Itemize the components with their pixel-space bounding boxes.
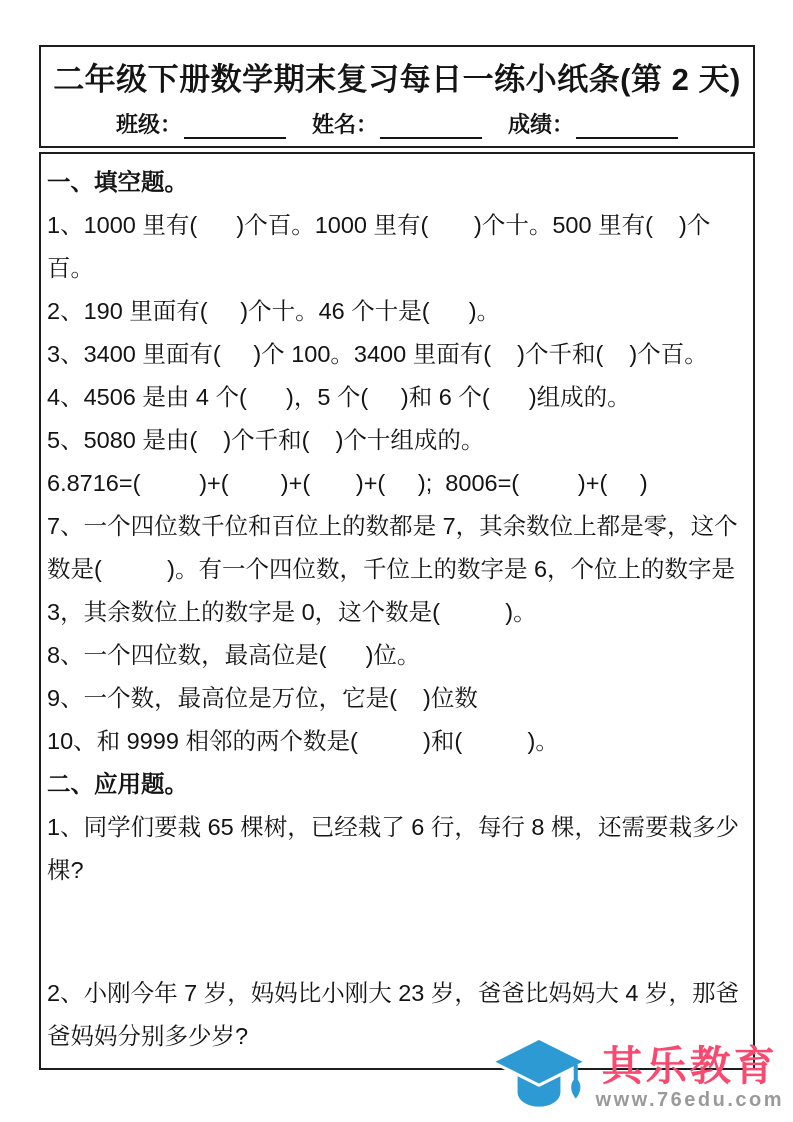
section-heading-application: 二、应用题。: [47, 763, 749, 806]
fill-question-2: 2、190 里面有( )个十。46 个十是( )。: [47, 290, 749, 333]
graduation-cap-icon: [491, 1037, 587, 1118]
fill-question-9: 9、一个数，最高位是万位，它是( )位数: [47, 677, 749, 720]
fill-question-8: 8、一个四位数，最高位是( )位。: [47, 634, 749, 677]
student-fields-row: 班级： 姓名： 成绩：: [41, 108, 753, 139]
score-field: 成绩：: [508, 108, 678, 139]
work-area-1: [47, 892, 749, 972]
fill-question-10: 10、和 9999 相邻的两个数是( )和( )。: [47, 720, 749, 763]
fill-question-1: 1、1000 里有( )个百。1000 里有( )个十。500 里有( )个百。: [47, 204, 749, 290]
brand-website: www.76edu.com: [596, 1089, 784, 1111]
fill-question-7: 7、一个四位数千位和百位上的数都是 7，其余数位上都是零，这个数是( )。有一个…: [47, 505, 749, 634]
class-field: 班级：: [116, 108, 286, 139]
page-title: 二年级下册数学期末复习每日一练小纸条(第 2 天): [41, 54, 753, 99]
class-label: 班级：: [116, 108, 182, 139]
brand-name: 其乐教育: [602, 1044, 778, 1088]
class-blank-line: [184, 113, 286, 139]
fill-question-4: 4、4506 是由 4 个( )，5 个( )和 6 个( )组成的。: [47, 376, 749, 419]
worksheet-body: 一、填空题。 1、1000 里有( )个百。1000 里有( )个十。500 里…: [39, 152, 755, 1070]
fill-question-5: 5、5080 是由( )个千和( )个十组成的。: [47, 419, 749, 462]
application-question-1: 1、同学们要栽 65 棵树，已经栽了 6 行，每行 8 棵，还需要栽多少棵?: [47, 806, 749, 892]
score-label: 成绩：: [508, 108, 574, 139]
name-label: 姓名：: [312, 108, 378, 139]
fill-question-3: 3、3400 里面有( )个 100。3400 里面有( )个千和( )个百。: [47, 333, 749, 376]
score-blank-line: [576, 113, 678, 139]
worksheet-header: 二年级下册数学期末复习每日一练小纸条(第 2 天) 班级： 姓名： 成绩：: [39, 45, 755, 148]
section-heading-fill: 一、填空题。: [47, 161, 749, 204]
fill-question-6: 6.8716=( )+( )+( )+( ); 8006=( )+( ): [47, 462, 749, 505]
brand-text: 其乐教育 www.76edu.com: [596, 1044, 784, 1111]
name-blank-line: [380, 113, 482, 139]
name-field: 姓名：: [312, 108, 482, 139]
brand-logo: 其乐教育 www.76edu.com: [491, 1037, 784, 1118]
